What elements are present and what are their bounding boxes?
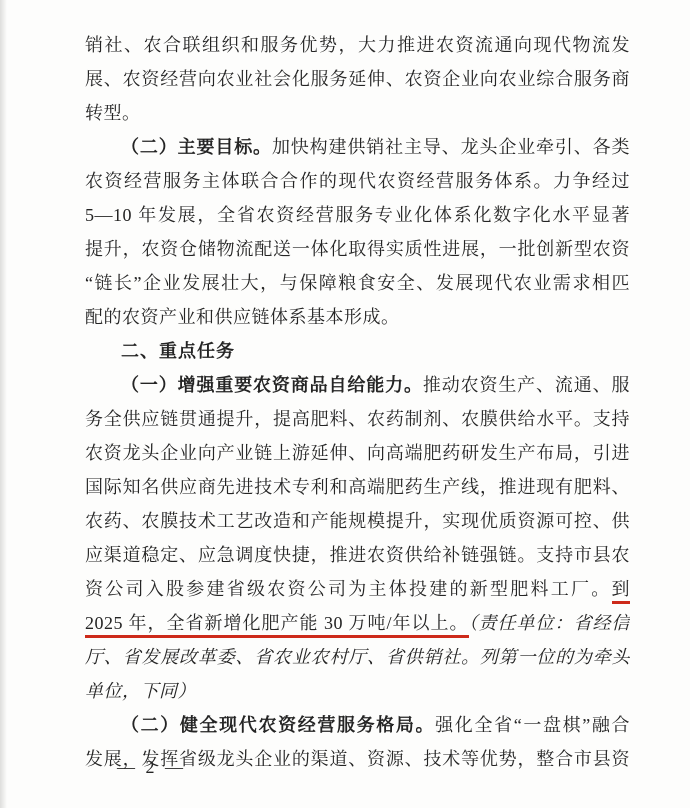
text-segment: “链长”企业发展壮大，与保障粮食安全、发展现代农业需求相匹	[85, 273, 630, 293]
text-line: 应渠道稳定、应急调度快捷，推进农资供给补链强链。支持市县农	[85, 538, 630, 572]
text-segment: 转型。	[85, 103, 141, 123]
text-line: 资公司入股参建省级农资公司为主体投建的新型肥料工厂。到	[85, 572, 630, 606]
text-segment: 强化全省“一盘棋”融合	[435, 715, 630, 735]
text-line: 转型。	[85, 96, 630, 130]
text-segment: （责任单位：省经信	[469, 613, 631, 633]
text-line: （一）增强重要农资商品自给能力。推动农资生产、流通、服	[85, 368, 630, 402]
page-number: — 2 —	[117, 756, 186, 778]
text-segment: 展、农资经营向农业社会化服务延伸、农资企业向农业综合服务商	[85, 69, 630, 89]
text-line: 2025 年，全省新增化肥产能 30 万吨/年以上。（责任单位：省经信	[85, 606, 630, 640]
text-line: 5—10 年发展，全省农资经营服务专业化体系化数字化水平显著	[85, 198, 630, 232]
paragraph-lead-bold: （二）健全现代农资经营服务格局。	[121, 715, 435, 735]
text-segment: 加快构建供销社主导、龙头企业牵引、各类	[272, 137, 630, 157]
document-page: 销社、农合联组织和服务优势，大力推进农资流通向现代物流发展、农资经营向农业社会化…	[0, 0, 690, 808]
text-line: 配的农资产业和供应链体系基本形成。	[85, 300, 630, 334]
text-line: 厅、省发展改革委、省农业农村厅、省供销社。列第一位的为牵头	[85, 640, 630, 674]
text-segment: 5—10 年发展，全省农资经营服务专业化体系化数字化水平显著	[85, 205, 630, 225]
text-segment: 厅、省发展改革委、省农业农村厅、省供销社。列第一位的为牵头	[85, 647, 630, 667]
scan-edge-shadow	[0, 0, 7, 808]
paragraph-lead-bold: （二）主要目标。	[121, 137, 272, 157]
text-segment: 农药、农膜技术工艺改造和产能规模提升，实现优质资源可控、供	[85, 511, 630, 531]
text-line: 提升，农资仓储物流配送一体化取得实质性进展，一批创新型农资	[85, 232, 630, 266]
text-segment: 提升，农资仓储物流配送一体化取得实质性进展，一批创新型农资	[85, 239, 630, 259]
text-segment: 单位，下同）	[85, 681, 196, 701]
text-segment: 农资经营服务主体联合合作的现代农资经营服务体系。力争经过	[85, 171, 630, 191]
text-segment: 推动农资生产、流通、服	[423, 375, 630, 395]
text-segment: 销社、农合联组织和服务优势，大力推进农资流通向现代物流发	[85, 35, 630, 55]
text-segment: 资公司入股参建省级农资公司为主体投建的新型肥料工厂。	[85, 579, 612, 599]
red-underlined-text: 2025 年，全省新增化肥产能 30 万吨/年以上。	[85, 613, 469, 638]
text-line: （二）健全现代农资经营服务格局。强化全省“一盘棋”融合	[85, 708, 630, 742]
text-line: 展、农资经营向农业社会化服务延伸、农资企业向农业综合服务商	[85, 62, 630, 96]
paragraph-lead-bold: （一）增强重要农资商品自给能力。	[121, 375, 423, 395]
text-line: （二）主要目标。加快构建供销社主导、龙头企业牵引、各类	[85, 130, 630, 164]
text-segment: 农资龙头企业向产业链上游延伸、向高端肥药研发生产布局，引进	[85, 443, 630, 463]
text-line: 务全供应链贯通提升，提高肥料、农药制剂、农膜供给水平。支持	[85, 402, 630, 436]
red-underlined-text: 到	[612, 579, 631, 604]
section-heading: 二、重点任务	[121, 341, 235, 361]
text-line: “链长”企业发展壮大，与保障粮食安全、发展现代农业需求相匹	[85, 266, 630, 300]
text-segment: 应渠道稳定、应急调度快捷，推进农资供给补链强链。支持市县农	[85, 545, 630, 565]
text-line: 单位，下同）	[85, 674, 630, 708]
document-body: 销社、农合联组织和服务优势，大力推进农资流通向现代物流发展、农资经营向农业社会化…	[85, 28, 630, 776]
text-segment: 配的农资产业和供应链体系基本形成。	[85, 307, 400, 327]
text-line: 二、重点任务	[85, 334, 630, 368]
text-line: 农资经营服务主体联合合作的现代农资经营服务体系。力争经过	[85, 164, 630, 198]
text-line: 农资龙头企业向产业链上游延伸、向高端肥药研发生产布局，引进	[85, 436, 630, 470]
text-line: 销社、农合联组织和服务优势，大力推进农资流通向现代物流发	[85, 28, 630, 62]
text-line: 国际知名供应商先进技术专利和高端肥药生产线，推进现有肥料、	[85, 470, 630, 504]
text-segment: 务全供应链贯通提升，提高肥料、农药制剂、农膜供给水平。支持	[85, 409, 630, 429]
text-line: 农药、农膜技术工艺改造和产能规模提升，实现优质资源可控、供	[85, 504, 630, 538]
text-segment: 国际知名供应商先进技术专利和高端肥药生产线，推进现有肥料、	[85, 477, 630, 497]
